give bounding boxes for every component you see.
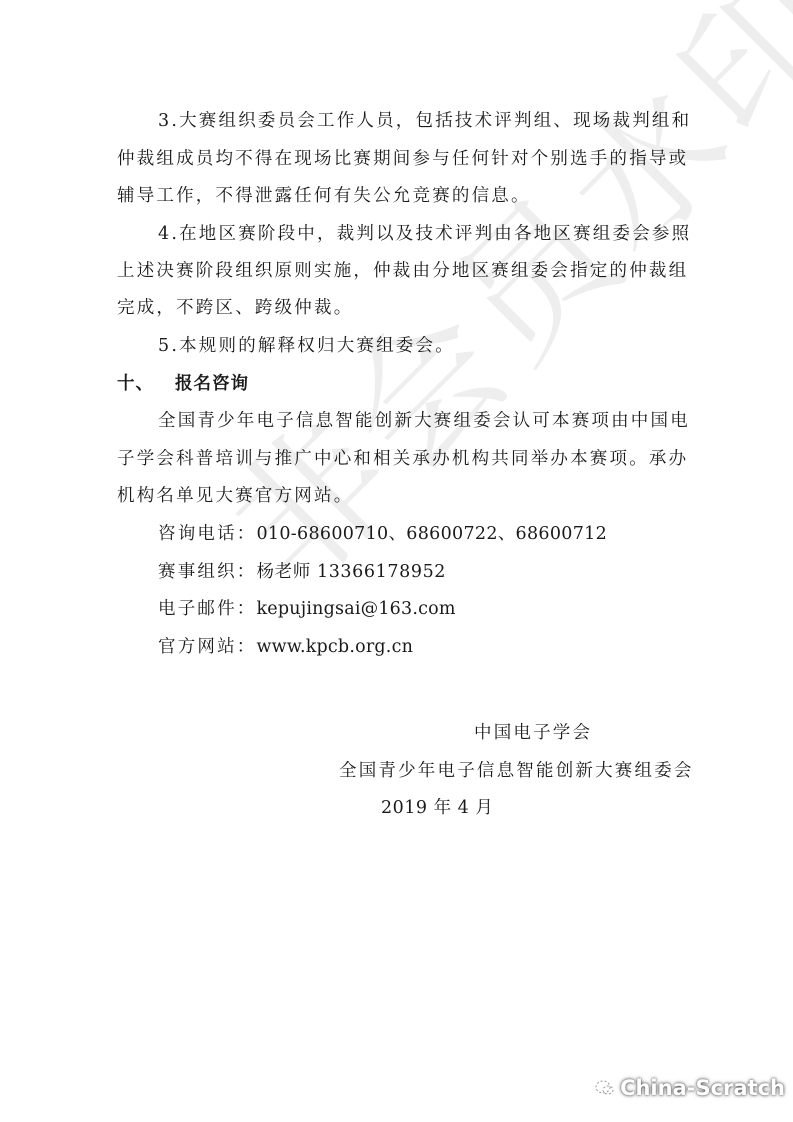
section-heading: 十、报名咨询 <box>117 373 249 395</box>
contact-value: 010-68600710、68600722、68600712 <box>257 524 608 544</box>
contact-label: 官方网站： <box>158 637 257 657</box>
wechat-icon <box>594 1077 616 1099</box>
contact-email: 电子邮件：kepujingsai@163.com <box>158 598 456 620</box>
contact-website: 官方网站：www.kpcb.org.cn <box>158 636 413 658</box>
china-scratch-logo: China-Scratch <box>594 1076 785 1100</box>
contact-label: 咨询电话： <box>158 524 257 544</box>
paragraph-line: 子学会科普培训与推广中心和相关承办机构共同举办本赛项。承办 <box>117 448 688 470</box>
paragraph-line: 辅导工作，不得泄露任何有失公允竞赛的信息。 <box>117 185 531 207</box>
signature-date: 2019 年 4 月 <box>381 797 493 819</box>
contact-value: 杨老师 13366178952 <box>257 562 447 582</box>
contact-label: 电子邮件： <box>158 599 257 619</box>
contact-value: www.kpcb.org.cn <box>257 637 414 657</box>
paragraph-line: 完成，不跨区、跨级仲裁。 <box>117 297 353 319</box>
contact-organizer: 赛事组织：杨老师 13366178952 <box>158 561 446 583</box>
paragraph-line: 仲裁组成员均不得在现场比赛期间参与任何针对个别选手的指导或 <box>117 148 688 170</box>
paragraph-line: 5.本规则的解释权归大赛组委会。 <box>158 335 455 357</box>
signature-org-2: 全国青少年电子信息智能创新大赛组委会 <box>339 760 694 782</box>
contact-phone: 咨询电话：010-68600710、68600722、68600712 <box>158 523 607 545</box>
logo-text: China-Scratch <box>620 1076 785 1100</box>
paragraph-line: 3.大赛组织委员会工作人员，包括技术评判组、现场裁判组和 <box>158 110 691 132</box>
contact-label: 赛事组织： <box>158 562 257 582</box>
signature-org-1: 中国电子学会 <box>474 722 592 744</box>
contact-value: kepujingsai@163.com <box>257 599 456 619</box>
section-title: 报名咨询 <box>175 374 249 394</box>
paragraph-line: 上述决赛阶段组织原则实施，仲裁由分地区赛组委会指定的仲裁组 <box>117 260 688 282</box>
paragraph-line: 4.在地区赛阶段中，裁判以及技术评判由各地区赛组委会参照 <box>158 223 691 245</box>
paragraph-line: 机构名单见大赛官方网站。 <box>117 485 353 507</box>
paragraph-line: 全国青少年电子信息智能创新大赛组委会认可本赛项由中国电 <box>158 410 690 432</box>
section-number: 十、 <box>117 373 175 395</box>
document-page: 非会员水印 3.大赛组织委员会工作人员，包括技术评判组、现场裁判组和 仲裁组成员… <box>0 0 793 1122</box>
